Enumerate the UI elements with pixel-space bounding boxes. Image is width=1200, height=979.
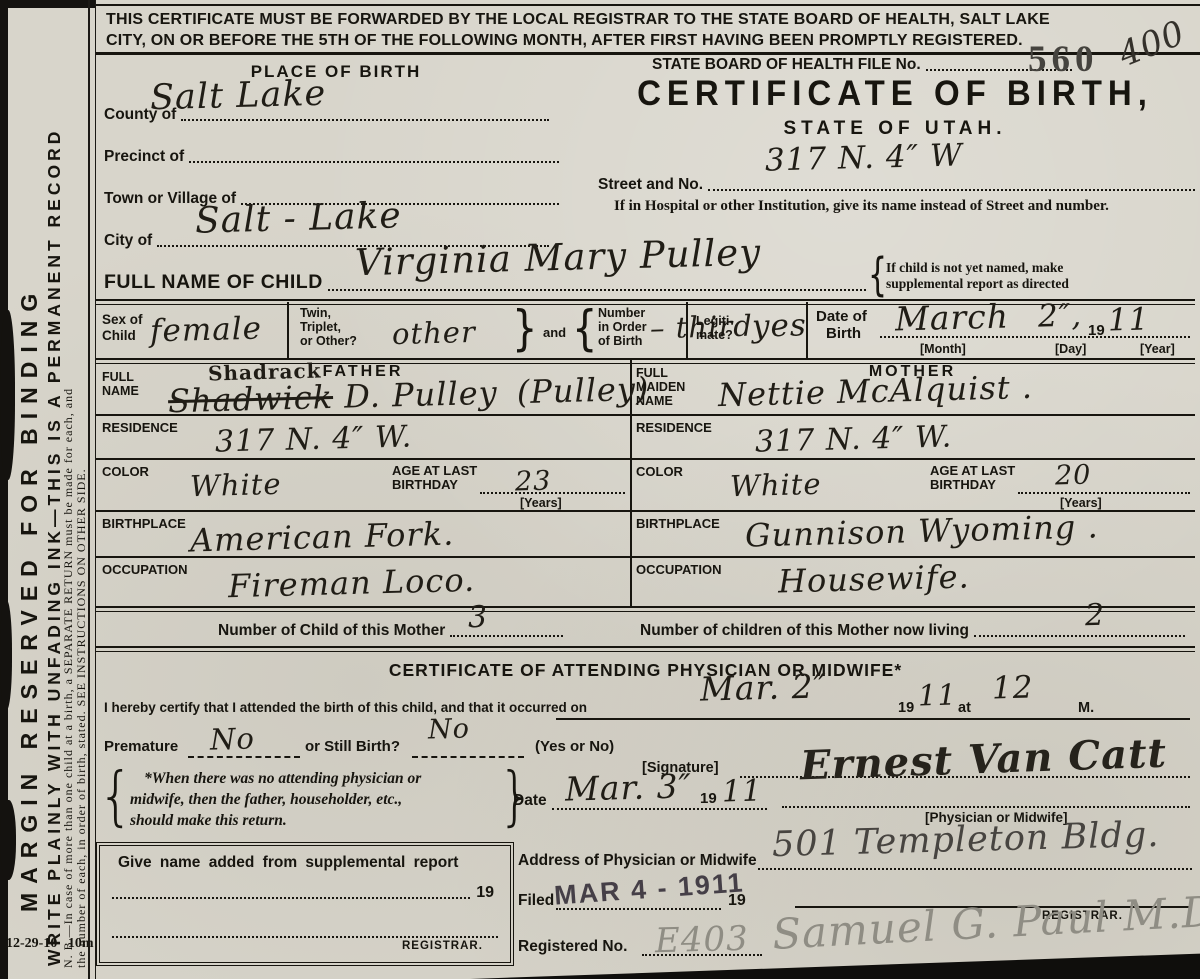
- margin-nb-note: N. B.—In case of more than one child at …: [62, 388, 88, 968]
- count-child-value: 3: [468, 600, 489, 636]
- address-line: [758, 868, 1192, 870]
- dob-label: Date of Birth: [816, 308, 867, 342]
- certificate-subtitle: STATE OF UTAH.: [595, 118, 1195, 140]
- rule-parents-bottom: [96, 606, 1195, 612]
- date-value: Mar. 3″: [565, 766, 693, 808]
- filed-year-prefix: 19: [728, 892, 746, 910]
- dob-line2: Birth: [816, 325, 867, 342]
- rule-counts-bottom: [96, 646, 1195, 652]
- banner-rule-top: [96, 4, 1200, 6]
- divider: [686, 302, 688, 358]
- rule: [96, 458, 630, 460]
- premature-label: Premature: [104, 738, 178, 755]
- sex-value: female: [150, 311, 263, 350]
- dob-month-value: March: [895, 297, 1010, 339]
- scan-smudge: [0, 800, 16, 880]
- scan-smudge: [0, 600, 12, 710]
- father-name-label: FULL NAME: [102, 370, 139, 398]
- rule: [96, 510, 630, 512]
- father-age-line2: BIRTHDAY: [392, 478, 477, 492]
- physician-signature: Ernest Van Catt: [799, 730, 1167, 790]
- mother-age-value: 20: [1055, 460, 1092, 492]
- stillbirth-line: [412, 756, 524, 758]
- date-year-prefix: 19: [700, 790, 717, 807]
- sex-label-line2: Child: [102, 328, 143, 344]
- count-living-line: [974, 635, 1185, 637]
- file-number-label: STATE BOARD OF HEALTH FILE No.: [652, 56, 921, 74]
- county-value: Salt Lake: [150, 74, 327, 119]
- mother-occupation-label: OCCUPATION: [636, 562, 721, 577]
- father-color-label: COLOR: [102, 464, 149, 479]
- rule: [632, 458, 1195, 460]
- count-child-row: Number of Child of this Mother: [218, 616, 563, 640]
- dob-year-prefix: 19: [1088, 322, 1105, 339]
- father-age-line1: AGE AT LAST: [392, 464, 477, 478]
- father-age-value: 23: [515, 466, 552, 498]
- supplemental-year-row: 19: [112, 880, 494, 902]
- father-name-line2: NAME: [102, 384, 139, 398]
- date-year-value: 11: [722, 773, 763, 809]
- date-label: Date: [513, 792, 547, 810]
- yes-no-label: (Yes or No): [535, 738, 614, 755]
- rule: [96, 414, 630, 416]
- count-living-label: Number of children of this Mother now li…: [640, 622, 969, 640]
- mother-age-line2: BIRTHDAY: [930, 478, 1015, 492]
- mother-name-line3: NAME: [636, 394, 685, 408]
- filed-label: Filed: [518, 892, 554, 910]
- dob-day-value: 2″,: [1038, 297, 1083, 334]
- at-label: at: [958, 700, 971, 716]
- order-line3: of Birth: [598, 334, 647, 348]
- legit-line2: mate?: [696, 328, 734, 342]
- mother-age-line1: AGE AT LAST: [930, 464, 1015, 478]
- scan-smudge: [0, 310, 15, 480]
- birth-certificate-page: MARGIN RESERVED FOR BINDING WRITE PLAINL…: [0, 0, 1200, 979]
- occurred-time-value: 12: [992, 669, 1034, 706]
- plurality-line3: or Other?: [300, 334, 357, 348]
- note-brace-open: {: [98, 759, 134, 834]
- legit-line1: Legiti-: [696, 314, 734, 328]
- mother-age-label: AGE AT LAST BIRTHDAY: [930, 464, 1015, 492]
- plurality-line2: Triplet,: [300, 320, 357, 334]
- city-value: Salt - Lake: [194, 195, 402, 241]
- mother-name-line1: FULL: [636, 366, 685, 380]
- legitimate-label: Legiti- mate?: [696, 314, 734, 342]
- precinct-line: [189, 161, 559, 163]
- supplemental-label: Give name added from supplemental report: [118, 854, 490, 872]
- count-living-value: 2: [1085, 598, 1106, 634]
- meridiem-label: M.: [1078, 700, 1094, 716]
- certify-label: I hereby certify that I attended the bir…: [104, 700, 587, 715]
- mother-name-label: FULL MAIDEN NAME: [636, 366, 685, 408]
- banner-line1: THIS CERTIFICATE MUST BE FORWARDED BY TH…: [106, 9, 1194, 30]
- rule: [96, 556, 630, 558]
- supplemental-line1: [112, 897, 470, 899]
- street-label: Street and No.: [598, 176, 703, 194]
- registered-label: Registered No.: [518, 938, 627, 956]
- father-occupation-label: OCCUPATION: [102, 562, 187, 577]
- rule: [632, 556, 1195, 558]
- margin-nb-line2: the number of each, in order of birth, s…: [75, 388, 88, 968]
- father-residence-label: RESIDENCE: [102, 420, 178, 435]
- premature-line: [188, 756, 300, 758]
- physician-line: [782, 806, 1190, 808]
- certify-line: [556, 718, 1190, 720]
- note-line3: should make this return.: [130, 810, 421, 831]
- street-value: 317 N. 4″ W: [765, 137, 964, 178]
- dob-year-value: 11: [1108, 301, 1150, 338]
- brace-open: {: [572, 301, 597, 356]
- precinct-row: Precinct of: [104, 142, 559, 166]
- year-bracket: [Year]: [1140, 342, 1175, 356]
- registered-value: E403: [654, 919, 749, 961]
- child-unnamed-note: If child is not yet named, make suppleme…: [886, 260, 1069, 292]
- certificate-title: CERTIFICATE OF BIRTH,: [595, 72, 1195, 113]
- mother-color-value: White: [730, 467, 822, 503]
- rule-child-top: [96, 299, 1195, 305]
- divider: [806, 302, 808, 358]
- sex-label-line1: Sex of: [102, 312, 143, 328]
- father-birthplace-value: American Fork.: [190, 515, 455, 560]
- plurality-label: Twin, Triplet, or Other?: [300, 306, 357, 348]
- divider: [287, 302, 289, 358]
- note-line2: midwife, then the father, householder, e…: [130, 789, 421, 810]
- order-line1: Number: [598, 306, 647, 320]
- sex-label: Sex of Child: [102, 312, 143, 344]
- mother-name-line2: MAIDEN: [636, 380, 685, 394]
- mother-age-line: [1018, 492, 1190, 494]
- form-code: 12-29-10 10m: [6, 936, 94, 952]
- occurred-year-value: 11: [918, 677, 958, 712]
- brace-close: }: [512, 301, 537, 356]
- father-years-bracket: [Years]: [520, 496, 562, 510]
- stillbirth-label: or Still Birth?: [305, 738, 400, 755]
- count-child-label: Number of Child of this Mother: [218, 622, 445, 640]
- hospital-note: If in Hospital or other Institution, giv…: [614, 198, 1109, 215]
- father-name-paren: (Pulley): [516, 370, 650, 411]
- margin-binding-text: MARGIN RESERVED FOR BINDING: [16, 285, 43, 912]
- father-name-line1: FULL: [102, 370, 139, 384]
- address-label: Address of Physician or Midwife: [518, 852, 757, 870]
- mother-residence-label: RESIDENCE: [636, 420, 712, 435]
- filed-stamp: MAR 4 - 1911: [553, 867, 745, 911]
- rule: [632, 414, 1195, 416]
- supplemental-year-prefix: 19: [476, 884, 494, 902]
- mother-color-label: COLOR: [636, 464, 683, 479]
- father-residence-value: 317 N. 4″ W.: [215, 419, 413, 459]
- dob-line1: Date of: [816, 308, 867, 325]
- note-line1: *When there was no attending physician o…: [130, 768, 421, 789]
- address-value: 501 Templeton Bldg.: [772, 815, 1160, 865]
- month-bracket: [Month]: [920, 342, 966, 356]
- city-label: City of: [104, 232, 152, 250]
- mother-birthplace-value: Gunnison Wyoming .: [745, 507, 1100, 554]
- margin-rule: [88, 0, 96, 979]
- child-note-line2: supplemental report as directed: [886, 276, 1069, 292]
- mother-residence-value: 317 N. 4″ W.: [755, 419, 953, 459]
- plurality-line1: Twin,: [300, 306, 357, 320]
- supplemental-line2: [112, 936, 498, 938]
- father-age-line: [480, 492, 625, 494]
- physician-note: *When there was no attending physician o…: [130, 768, 421, 831]
- order-line2: in Order: [598, 320, 647, 334]
- child-note-brace: {: [868, 249, 887, 302]
- child-note-line1: If child is not yet named, make: [886, 260, 1069, 276]
- and-label: and: [543, 326, 566, 340]
- county-line: [181, 119, 549, 121]
- count-child-line: [450, 635, 563, 637]
- day-bracket: [Day]: [1055, 342, 1086, 356]
- precinct-label: Precinct of: [104, 148, 184, 166]
- plurality-value: other: [392, 315, 477, 351]
- child-name-line: [328, 289, 866, 291]
- file-number-row: STATE BOARD OF HEALTH FILE No.: [652, 50, 1072, 74]
- stillbirth-value: No: [428, 713, 471, 745]
- birth-order-label: Number in Order of Birth: [598, 306, 647, 348]
- father-occupation-value: Fireman Loco.: [228, 561, 476, 605]
- scan-edge-top: [0, 0, 96, 8]
- occurred-date-value: Mar. 2″: [700, 666, 828, 708]
- street-line: [708, 189, 1195, 191]
- premature-value: No: [210, 721, 256, 756]
- legitimate-value: yes: [752, 307, 808, 344]
- father-age-label: AGE AT LAST BIRTHDAY: [392, 464, 477, 492]
- father-color-value: White: [190, 467, 282, 503]
- registrar-signature: Samuel G. Paul M.D.: [771, 886, 1200, 959]
- supplemental-registrar-label: REGISTRAR.: [402, 940, 483, 952]
- father-birthplace-label: BIRTHPLACE: [102, 516, 186, 531]
- mother-name-value: Nettie McAlquist .: [718, 368, 1034, 414]
- mother-birthplace-label: BIRTHPLACE: [636, 516, 720, 531]
- mother-occupation-value: Housewife.: [778, 557, 971, 600]
- occurred-year-prefix: 19: [898, 700, 914, 716]
- child-name-label: FULL NAME OF CHILD: [104, 271, 323, 294]
- father-name-rest: D. Pulley: [344, 374, 498, 416]
